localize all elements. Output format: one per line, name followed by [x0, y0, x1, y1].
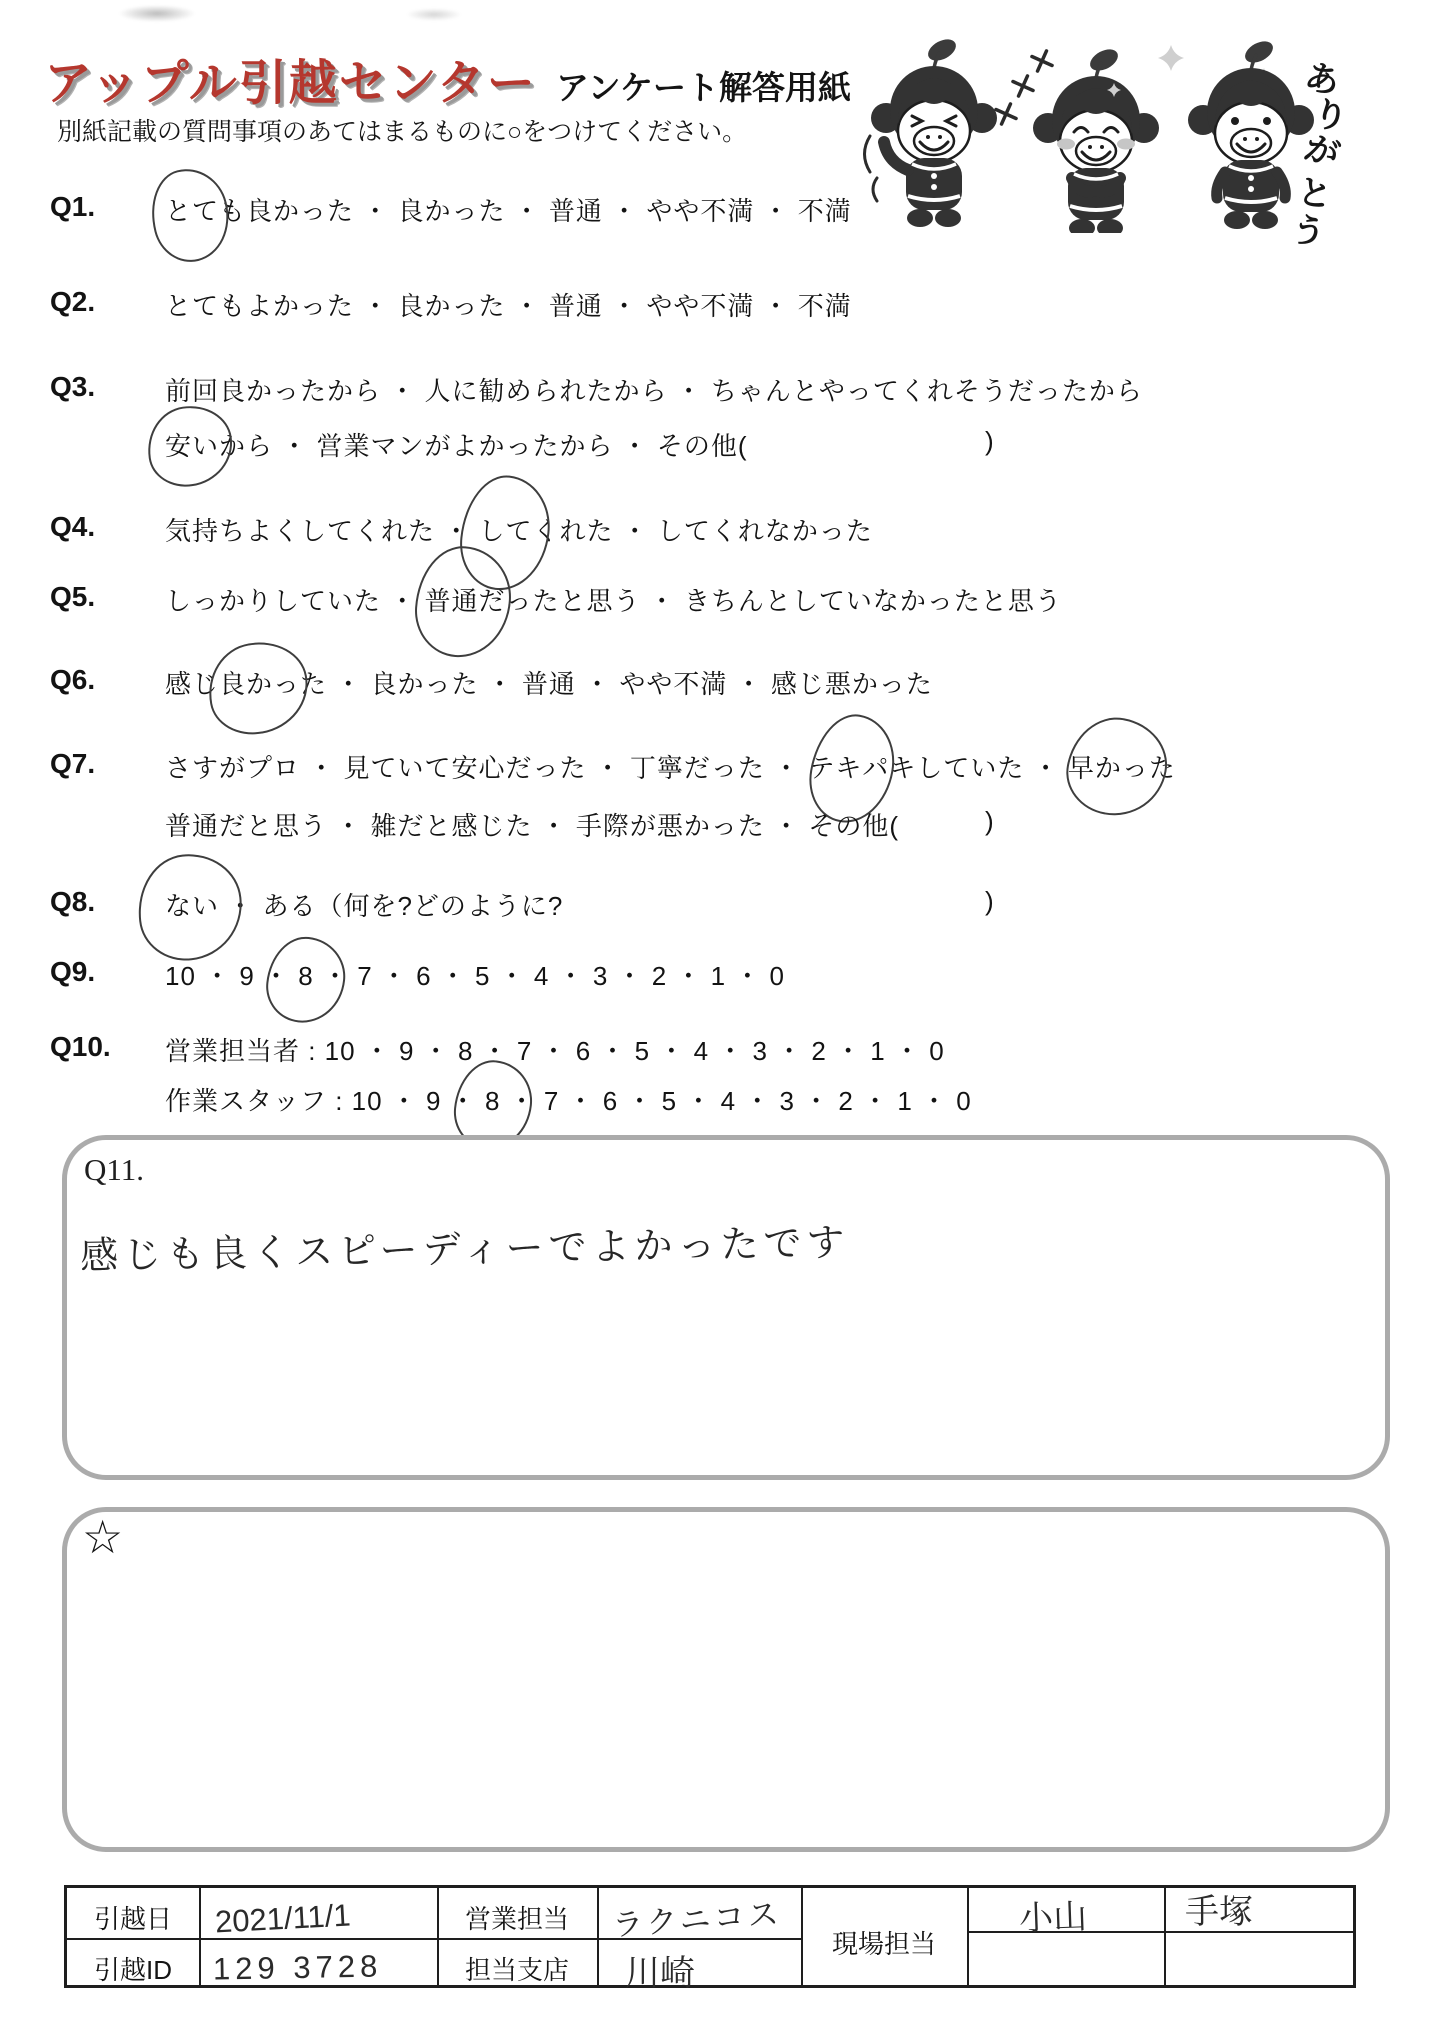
circled-answer: テキパキ [808, 748, 916, 785]
move-id-label: 引越ID [67, 1950, 199, 1987]
field-crew-label: 現場担当 [801, 1924, 967, 1961]
question-options-line: さすがプロ ・ 見ていて安心だった ・ 丁寧だった ・ テキパキしていた ・ 早… [165, 748, 1176, 785]
question-label: Q3. [50, 371, 95, 403]
monkey-happy-icon [1033, 45, 1159, 233]
handwritten-circle-mark [412, 544, 514, 662]
question-options-line: とても良かった ・ 良かった ・ 普通 ・ やや不満 ・ 不満 [165, 191, 852, 228]
monkey-winking-icon [871, 35, 997, 227]
question-label: Q4. [50, 511, 95, 543]
q11-comment-box [62, 1135, 1390, 1480]
question-options-line: 前回良かったから ・ 人に勧められたから ・ ちゃんとやってくれそうだったから [165, 371, 1143, 408]
handwritten-circle-mark [133, 849, 247, 965]
question-label: Q1. [50, 191, 95, 223]
question-options-line: ない ・ ある（何を?どのように? [165, 886, 563, 923]
circled-answer: 早かった [1068, 748, 1176, 785]
survey-sheet: アップル引越センター アンケート解答用紙 別紙記載の質問事項のあてはまるものに○… [0, 0, 1433, 2023]
handwritten-circle-mark [1060, 710, 1175, 824]
question-label: Q9. [50, 956, 95, 988]
star-icon: ☆ [82, 1510, 123, 1564]
thanks-vertical-text: ありがとう [1292, 52, 1352, 252]
branch-label: 担当支店 [437, 1950, 597, 1987]
question-options-line: 普通だと思う ・ 雑だと感じた ・ 手際が悪かった ・ その他( [165, 806, 899, 843]
move-date-label: 引越日 [67, 1899, 199, 1936]
circled-answer: ない [165, 886, 219, 923]
form-title: アンケート解答用紙 [556, 62, 851, 109]
q11-label: Q11. [84, 1152, 144, 1188]
sales-label: 営業担当 [437, 1899, 597, 1936]
question-options-line: 10 ・ 9 ・ 8 ・ 7 ・ 6 ・ 5 ・ 4 ・ 3 ・ 2 ・ 1 ・… [165, 956, 785, 993]
question-label: Q7. [50, 748, 95, 780]
sales-value-handwritten: ラクニコス [611, 1888, 783, 1945]
question-label: Q8. [50, 886, 95, 918]
scan-smudge [406, 8, 462, 21]
field-crew-1-handwritten: 小山 [1018, 1889, 1088, 1940]
circled-answer: 普通だ [424, 581, 505, 618]
table-line [1164, 1888, 1166, 1985]
motion-lines-icon [865, 136, 878, 201]
circled-answer: 安い [165, 426, 219, 463]
circled-answer: とて [165, 191, 219, 228]
question-label: Q2. [50, 286, 95, 318]
question-options-line: しっかりしていた ・ 普通だったと思う ・ きちんとしていなかったと思う [165, 581, 1062, 618]
question-options-line: 安いから ・ 営業マンがよかったから ・ その他( [165, 426, 748, 463]
handwritten-circle-mark [263, 933, 350, 1027]
footer-table: 引越日 引越ID 営業担当 担当支店 現場担当 2021/11/1 129 37… [64, 1885, 1356, 1988]
question-label: Q5. [50, 581, 95, 613]
question-options-line: 気持ちよくしてくれた ・ してくれた ・ してくれなかった [165, 511, 873, 548]
branch-value-handwritten: 川崎 [625, 1946, 695, 1996]
question-label: Q6. [50, 664, 95, 696]
brand-logo-text: アップル引越センター [44, 44, 537, 113]
question-label: Q10. [50, 1031, 111, 1063]
question-options-line: とてもよかった ・ 良かった ・ 普通 ・ やや不満 ・ 不満 [165, 286, 852, 323]
right-paren: ) [985, 426, 994, 457]
question-options-line: 営業担当者 : 10 ・ 9 ・ 8 ・ 7 ・ 6 ・ 5 ・ 4 ・ 3 ・… [165, 1031, 945, 1068]
right-paren: ) [985, 886, 994, 917]
star-comment-box [62, 1507, 1390, 1852]
handwritten-circle-mark [141, 161, 238, 270]
right-paren: ) [985, 806, 994, 837]
table-line [199, 1888, 201, 1985]
scan-smudge [118, 5, 196, 22]
thanks-char: う [1287, 201, 1332, 257]
handwritten-circle-mark [201, 634, 315, 741]
circled-answer: 8 [485, 1086, 500, 1117]
field-crew-2-handwritten: 手塚 [1185, 1884, 1253, 1933]
move-date-value-handwritten: 2021/11/1 [214, 1897, 351, 1940]
table-line [597, 1888, 599, 1985]
circled-answer: 8 [298, 961, 313, 992]
circled-answer: して [478, 511, 532, 548]
move-id-value-handwritten: 129 3728 [213, 1949, 383, 1988]
question-options-line: 感じ良かった ・ 良かった ・ 普通 ・ やや不満 ・ 感じ悪かった [165, 664, 933, 701]
instruction-text: 別紙記載の質問事項のあてはまるものに○をつけてください。 [57, 112, 747, 148]
handwritten-circle-mark [142, 401, 237, 492]
question-options-line: 作業スタッフ : 10 ・ 9 ・ 8 ・ 7 ・ 6 ・ 5 ・ 4 ・ 3 … [165, 1081, 972, 1118]
table-line [967, 1888, 969, 1985]
handwritten-circle-mark [456, 471, 555, 595]
circled-answer: 良かっ [219, 664, 300, 701]
